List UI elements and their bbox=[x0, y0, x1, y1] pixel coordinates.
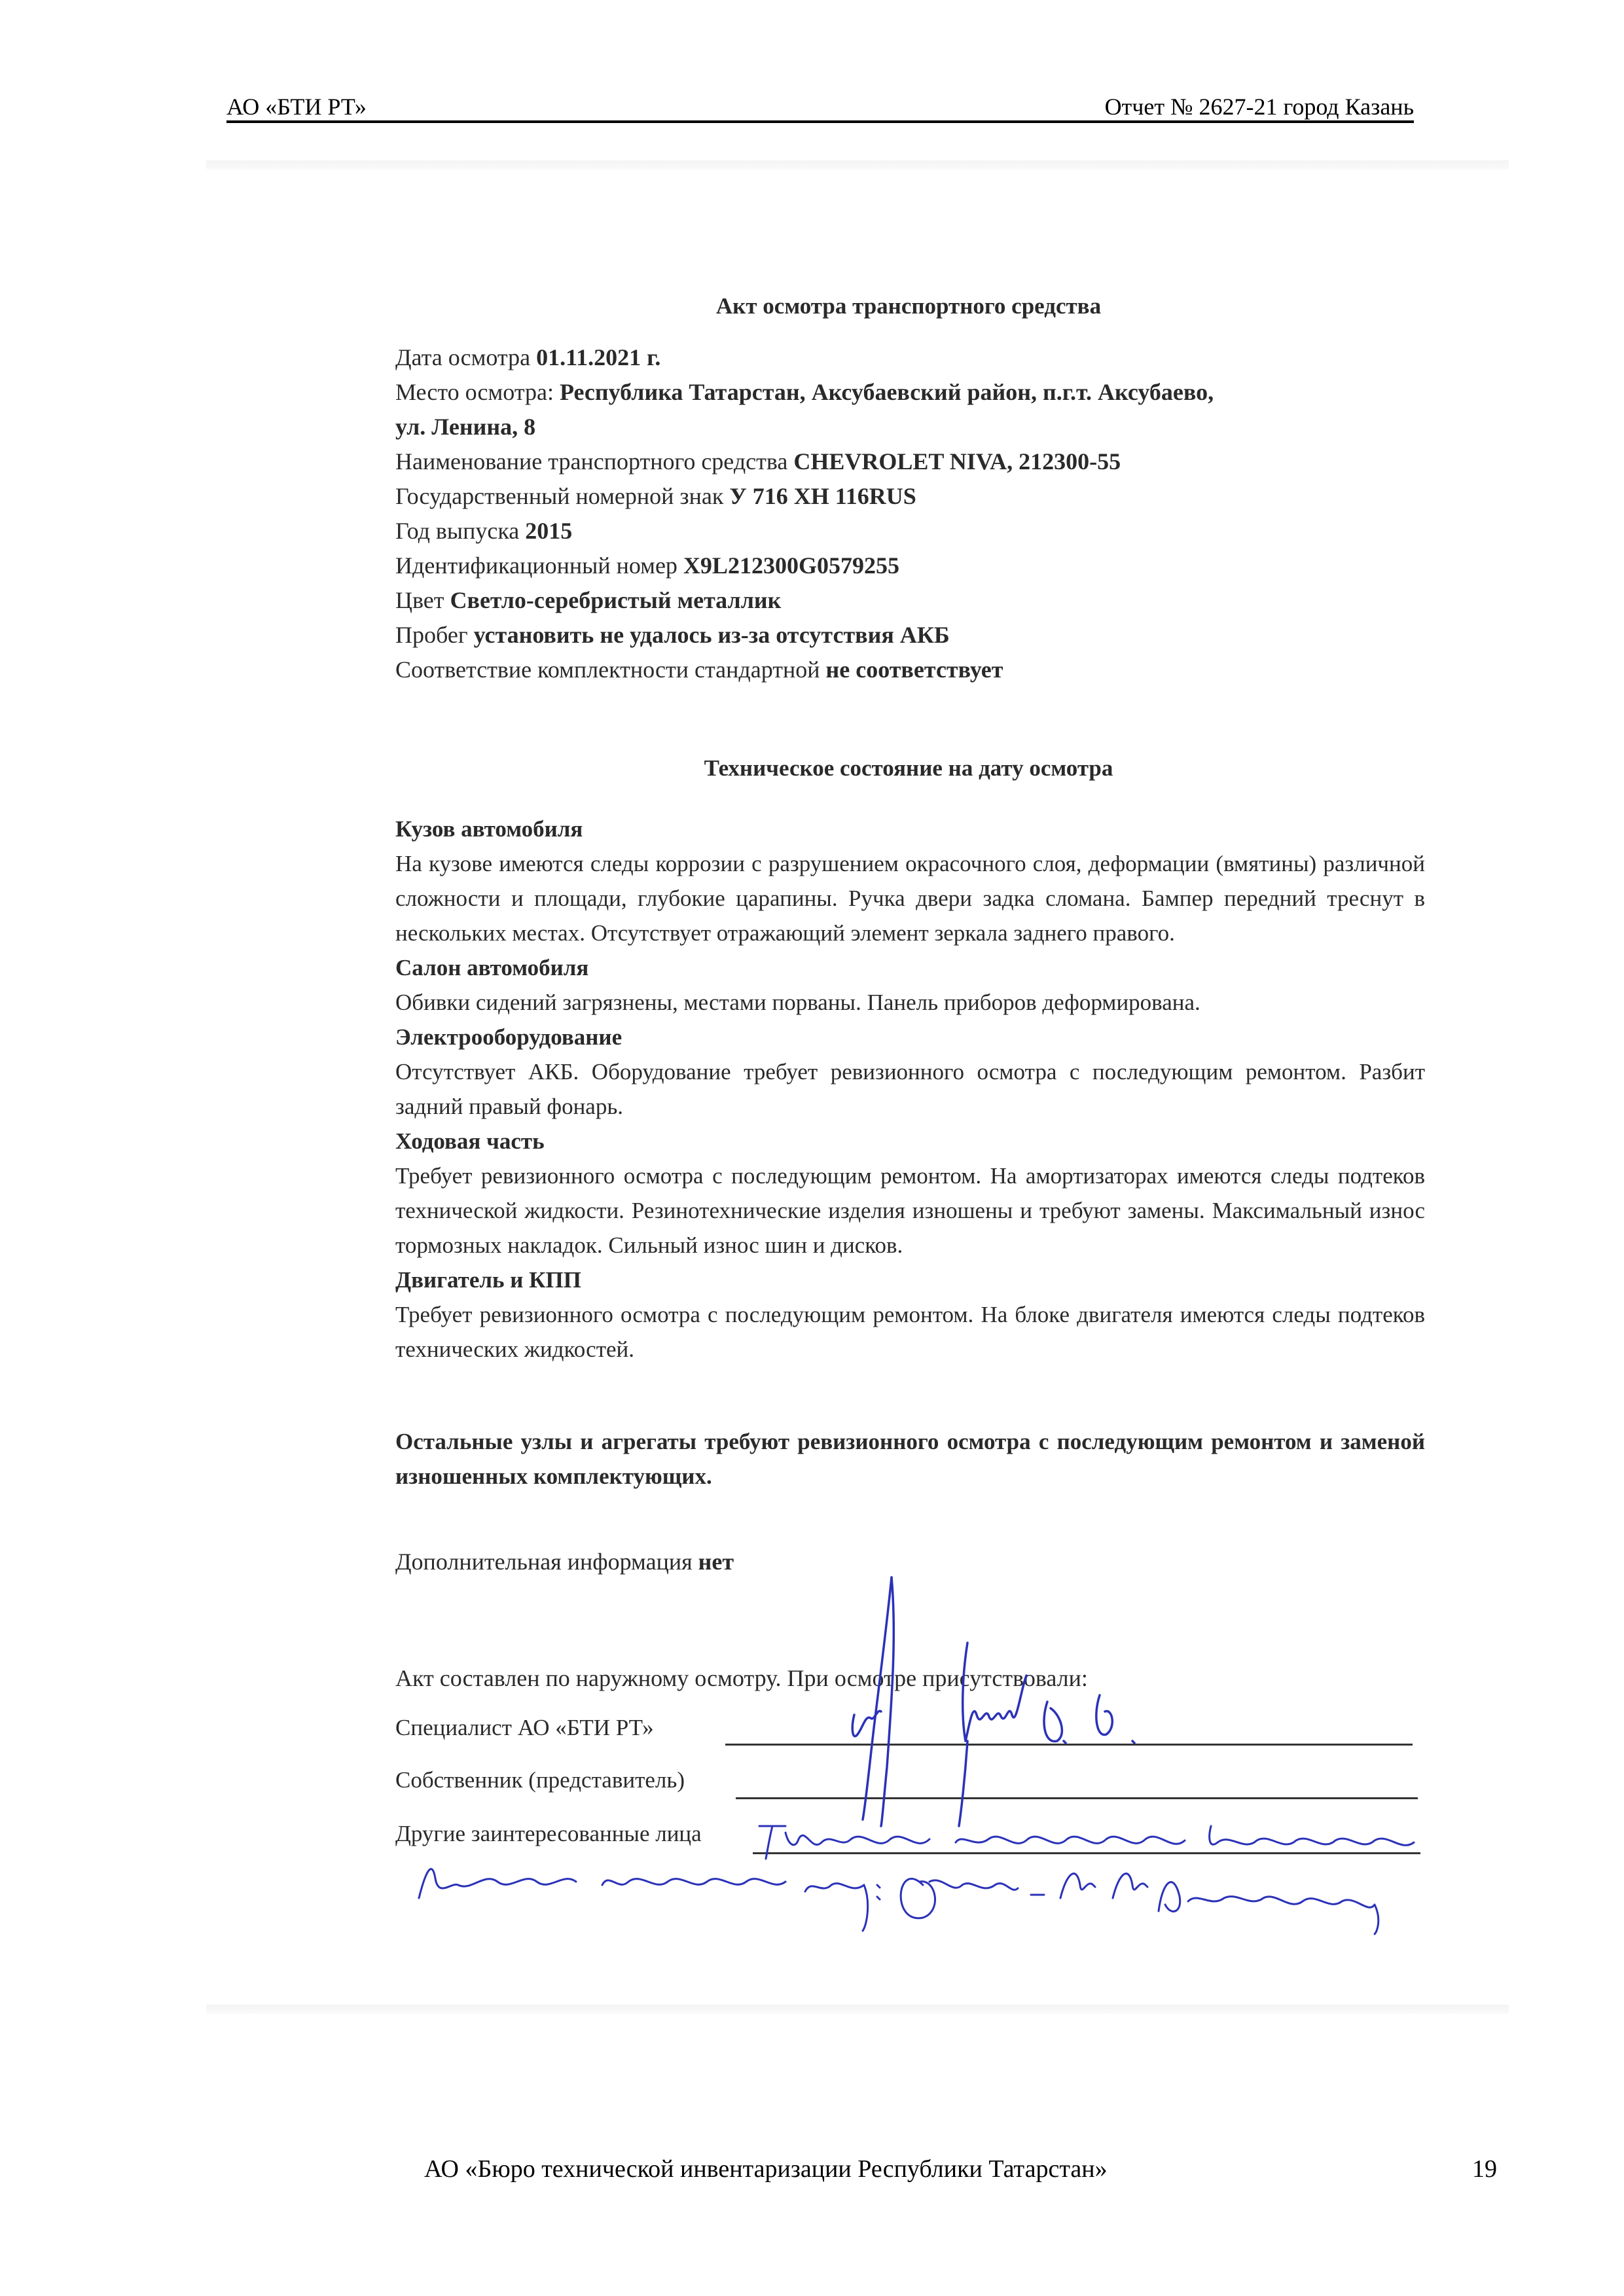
footer-org: АО «Бюро технической инвентаризации Респ… bbox=[424, 2155, 1108, 2183]
others-handwritten-icon bbox=[419, 1826, 1414, 1934]
page-number: 19 bbox=[1472, 2155, 1497, 2183]
handwriting-ink bbox=[0, 0, 1624, 2296]
specialist-signature-icon bbox=[852, 1577, 1134, 1826]
